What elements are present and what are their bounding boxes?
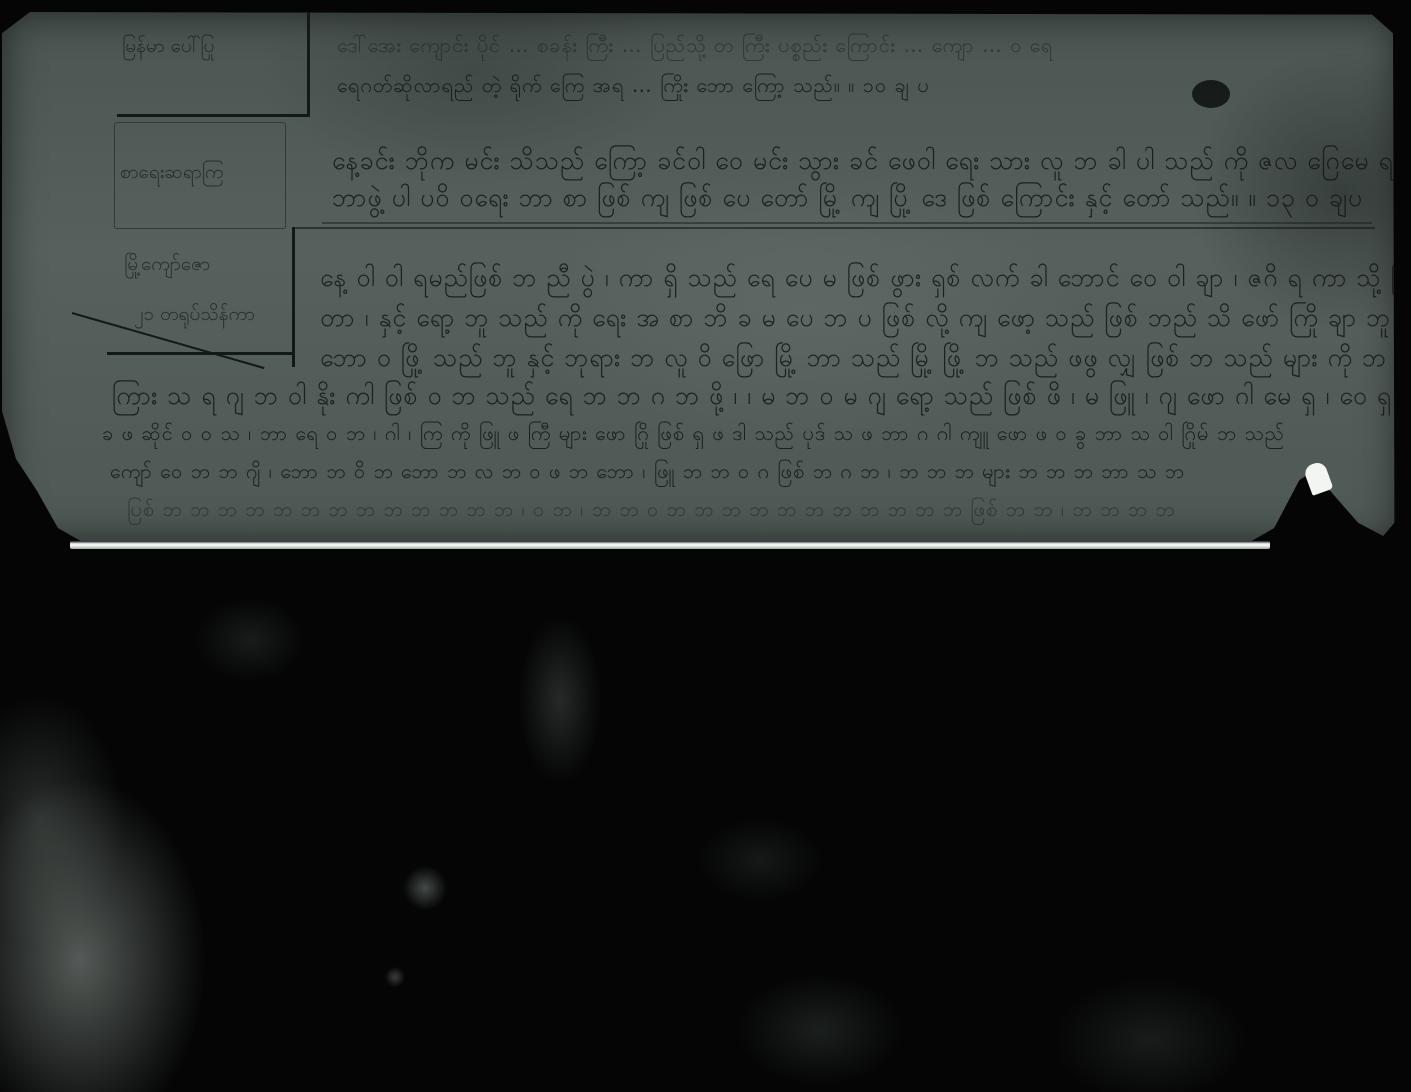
margin-box-3-label-a: မြို့ကျော်ဇော: [124, 252, 210, 280]
text-line: တာ ၊ နှင့် ရော့ ဘူ သည် ကို ရေး အ စာ ဘိ ခ…: [320, 302, 1411, 339]
text-line: ပြစ် ဘ ဘ ဘ ဘ ဘ ဘ ဘ ဘ ဘ ဘ ဘ ဘ ဘ ၊ ဝ ဘ ၊ ဘ…: [127, 496, 1175, 526]
manuscript-leaf: မြန်မာ ပေါ်ပြု စာရေးဆရာကြ မြို့ကျော်ဇော …: [2, 12, 1400, 544]
text-line: ဒေါ်အေး ကျောင်း ပိုင် … စခန်း ကြီး … ပြည…: [337, 32, 1053, 62]
ink-stain: [1192, 80, 1230, 108]
margin-box-3-right-rule: [292, 227, 295, 367]
section-divider: [322, 222, 1372, 224]
margin-box-3-bottom-rule: [107, 352, 295, 355]
margin-box-1-label: မြန်မာ ပေါ်ပြု: [122, 34, 214, 62]
text-line: ဘာဖွဲ့ ပါ ပဝိ ဝရေး ဘာ စာ ဖြစ် ကျ ဖြစ် ပေ…: [332, 182, 1363, 219]
text-line: ကျော် ဝေ ဘ ဘ ဂျိ ၊ ဘော ဘ ဝိ ဘ ဘော ဘ လ ဘ …: [110, 458, 1185, 488]
text-line: နေ့ ဝါ ဝါ ရမည်ဖြစ် ဘ ညီ ပွဲ ၊ ကာ ရှိ သည်…: [320, 262, 1411, 299]
margin-box-3-top-rule: [295, 227, 1375, 229]
text-line: ခ ဖ ဆိုင် ဝ ဝ သ ၊ ဘာ ရေ ဝ ဘ ၊ ဂါ ၊ ကြ ကိ…: [102, 420, 1285, 450]
text-line: နေ့ခင်း ဘိုက မင်း သိသည် ကြော့ ခင်ဝါ ဝေ မ…: [332, 145, 1403, 182]
text-line: ကြား သ ရ ဂျ ဘ ဝါ နိုး ကါ ဖြစ် ဝ ဘ သည် ရေ…: [112, 380, 1411, 417]
leaf-bottom-edge-highlight: [70, 541, 1270, 549]
margin-box-2-label: စာရေးဆရာကြ: [120, 160, 223, 188]
text-line: ရေဂတ်ဆိုလာရည် တဲ့ ရိုက် ကြေ အရ … ကြိုး ဘ…: [337, 72, 930, 102]
margin-box-3-label-b: ၂၁ တရုပ်သိန်ကာ: [134, 302, 255, 330]
photo-stage: မြန်မာ ပေါ်ပြု စာရေးဆရာကြ မြို့ကျော်ဇော …: [0, 0, 1411, 1092]
margin-box-1-bottom-rule: [117, 114, 310, 117]
margin-box-1-right-rule: [307, 12, 310, 116]
text-line: ဘော ဝ ဖြို့ သည် ဘူ နှင့် ဘုရား ဘ လူ ဝိ ဖ…: [320, 342, 1411, 379]
